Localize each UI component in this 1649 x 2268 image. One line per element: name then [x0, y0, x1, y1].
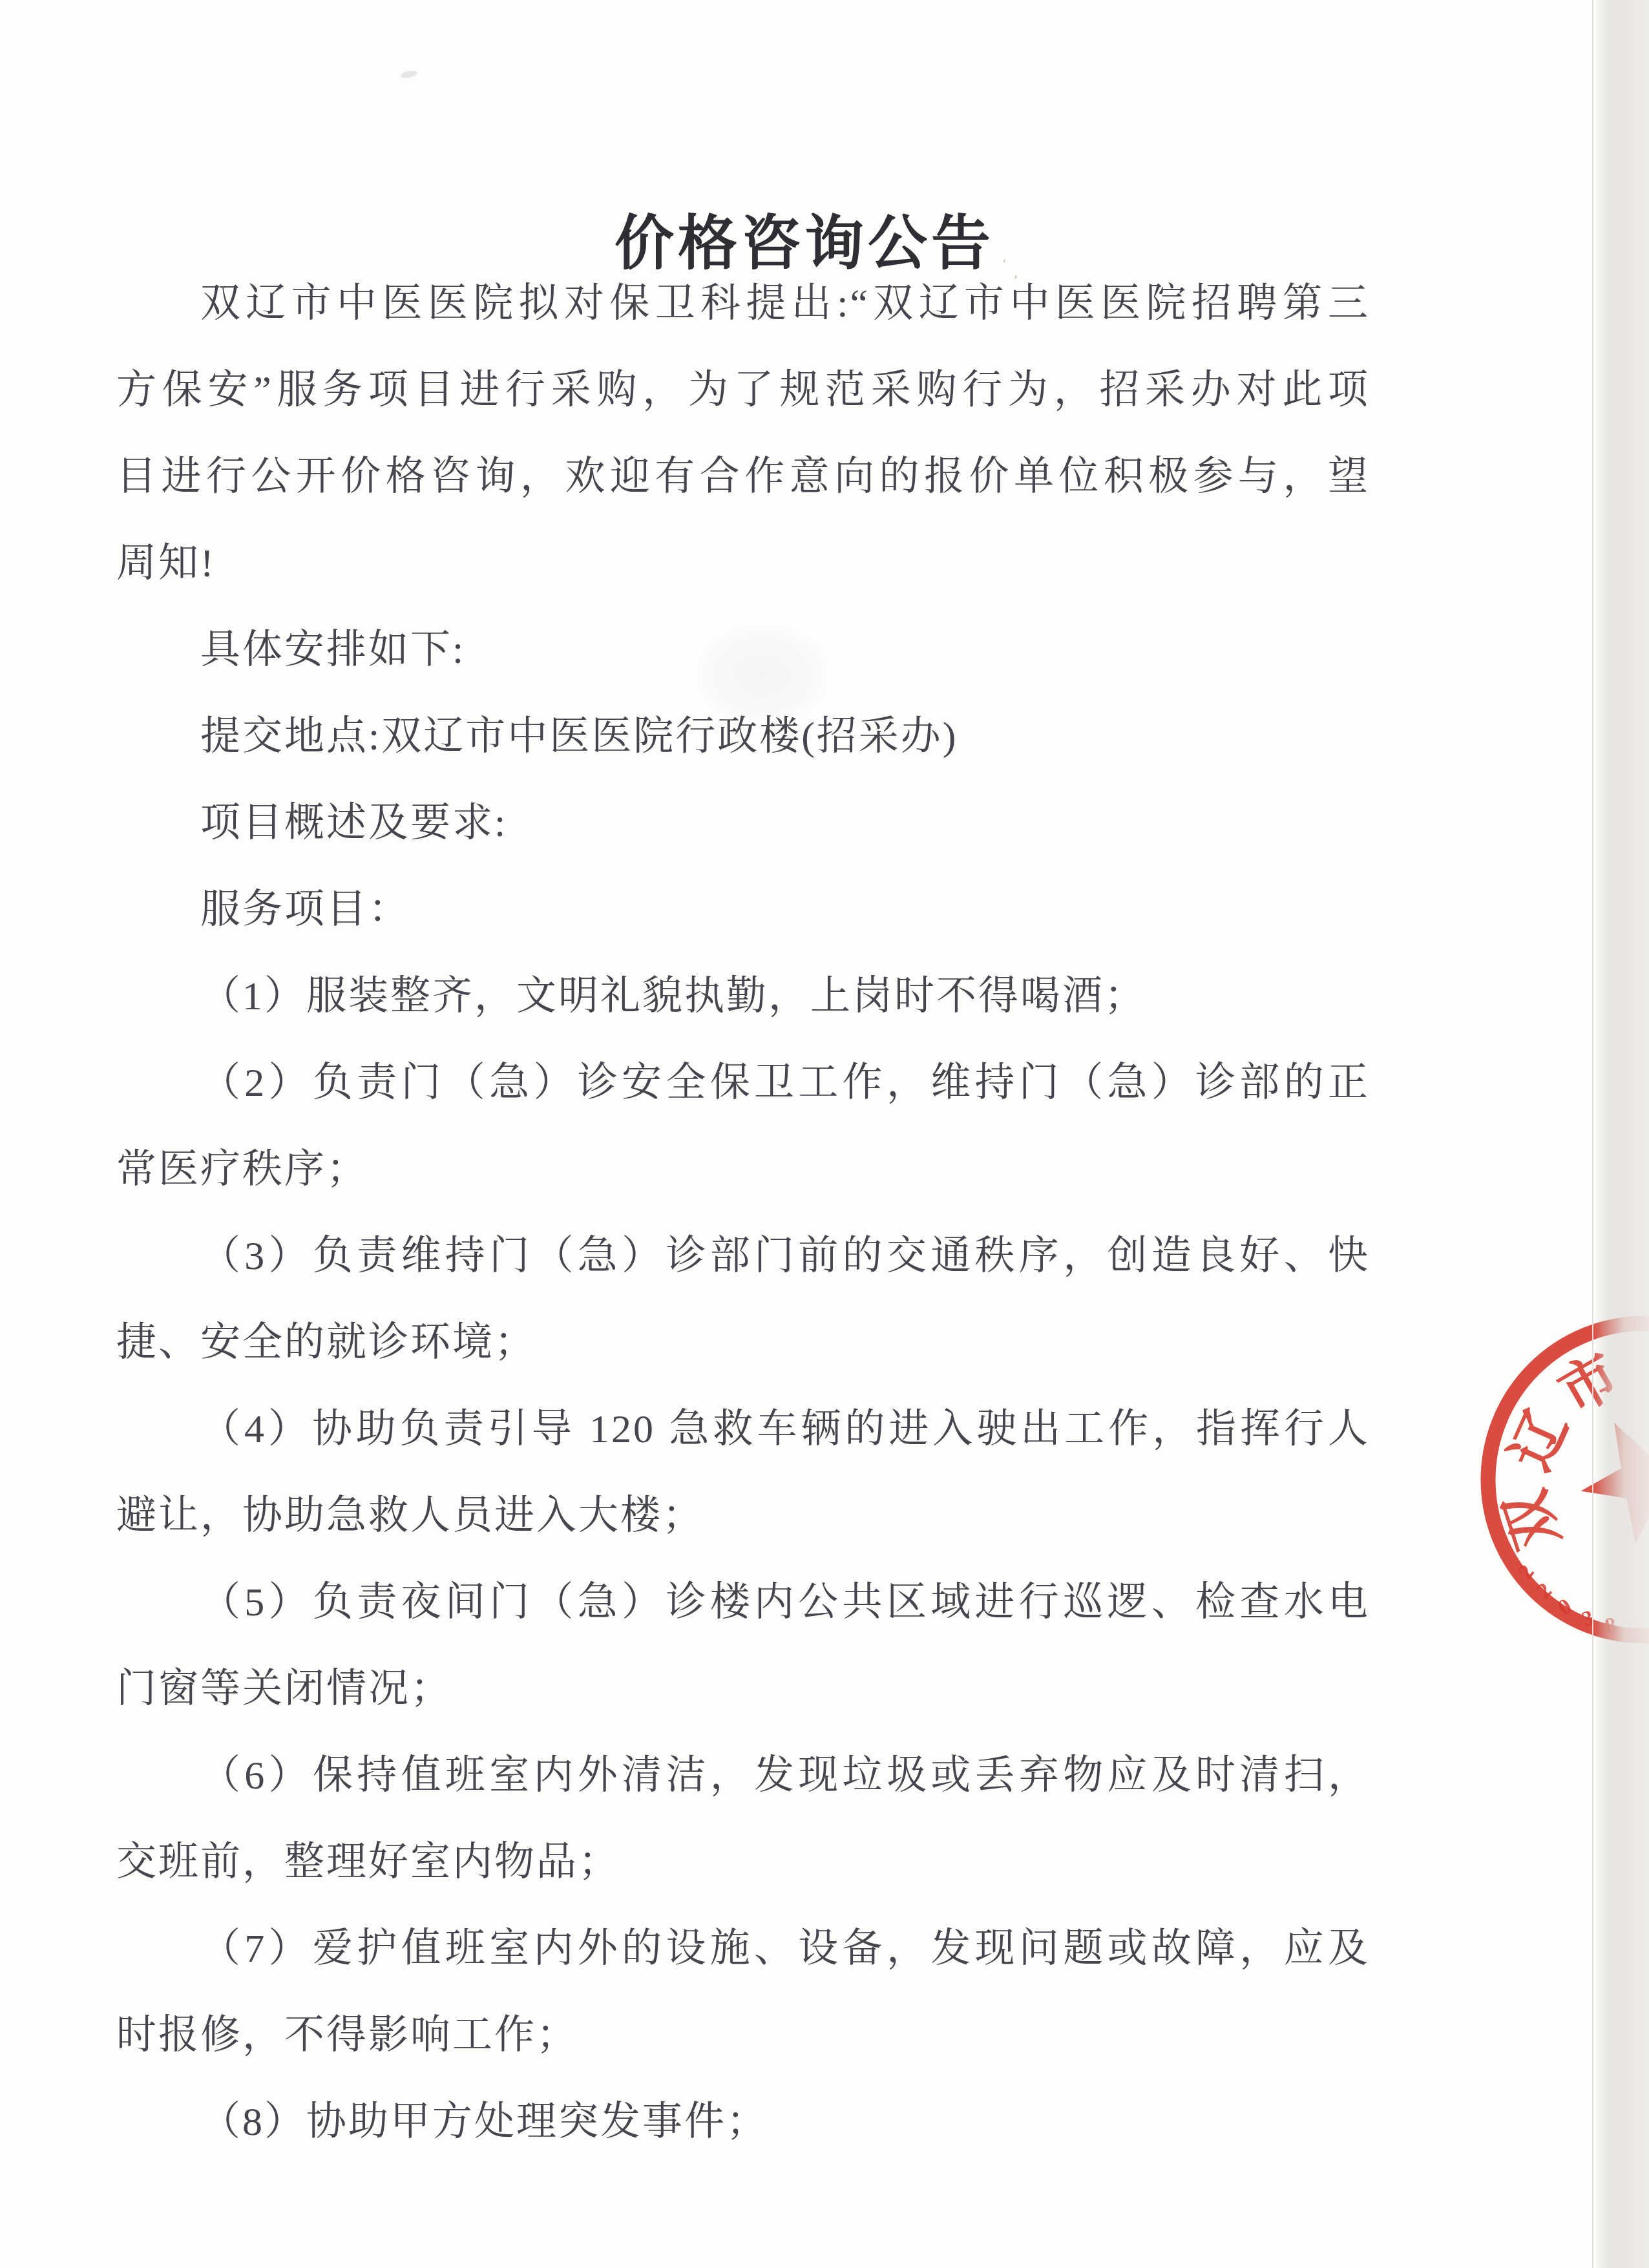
seal-char-middle: 辽: [1500, 1402, 1580, 1480]
text-line: （7）爱护值班室内外的设施、设备，发现问题或故障，应及: [116, 1926, 1370, 1972]
scan-smudge-artifact: [698, 627, 827, 724]
scanned-document-page: 价格咨询公告 双辽市中医医院拟对保卫科提出:“双辽市中医医院招聘第三 方保安”服…: [0, 0, 1649, 2268]
text-line: 避让，协助急救人员进入大楼；: [116, 1493, 1370, 1539]
text-line: （4）协助负责引导 120 急救车辆的进入驶出工作，指挥行人: [116, 1406, 1370, 1453]
page-title: 价格咨询公告: [116, 208, 1370, 279]
text-line: 项目概述及要求:: [116, 800, 1370, 846]
text-line: （6）保持值班室内外清洁，发现垃圾或丢弃物应及时清扫，: [116, 1752, 1370, 1799]
text-line: 方保安”服务项目进行采购，为了规范采购行为，招采办对此项: [116, 367, 1370, 414]
text-line: 周知!: [116, 540, 1370, 587]
text-line: （8）协助甲方处理突发事件；: [116, 2099, 1370, 2145]
scan-speck-artifact: [400, 69, 418, 79]
text-line: （2）负责门（急）诊安全保卫工作，维持门（急）诊部的正: [116, 1060, 1370, 1106]
scan-mark-artifact: ˈ ̦: [999, 256, 1024, 280]
text-line: 交班前，整理好室内物品；: [116, 1839, 1370, 1885]
text-line: （3）负责维持门（急）诊部门前的交通秩序，创造良好、快: [116, 1233, 1370, 1279]
text-line: 服务项目：: [116, 887, 1370, 933]
text-line: 双辽市中医医院拟对保卫科提出:“双辽市中医医院招聘第三: [116, 280, 1370, 327]
text-line: （5）负责夜间门（急）诊楼内公共区域进行巡逻、检查水电: [116, 1579, 1370, 1626]
text-line: 捷、安全的就诊环境；: [116, 1319, 1370, 1366]
page-edge-shadow: [1592, 0, 1649, 2268]
text-line: 目进行公开价格咨询，欢迎有合作意向的报价单位积极参与，望: [116, 454, 1370, 500]
text-line: 常医疗秩序；: [116, 1146, 1370, 1193]
text-line: 门窗等关闭情况；: [116, 1666, 1370, 1712]
text-line: 时报修，不得影响工作；: [116, 2012, 1370, 2059]
text-line: （1）服装整齐，文明礼貌执勤，上岗时不得喝酒；: [116, 973, 1370, 1020]
